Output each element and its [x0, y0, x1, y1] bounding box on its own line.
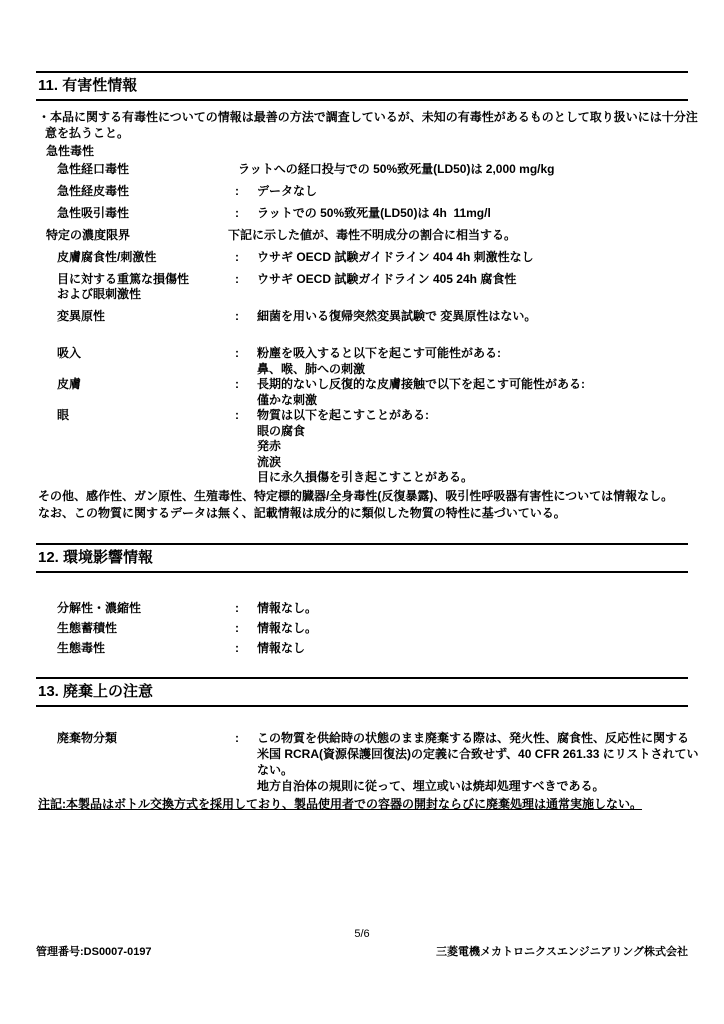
row-value: 情報なし。	[257, 601, 688, 616]
page-number: 5/6	[36, 927, 688, 941]
spacer	[36, 324, 688, 346]
row-value: この物質を供給時の状態のまま廃棄する際は、発火性、腐食性、反応性に関する	[257, 730, 689, 746]
page-footer: 5/6 管理番号:DS0007-0197 三菱電機メカトロニクスエンジニアリング…	[36, 927, 688, 960]
row-label: 急性吸引毒性	[36, 206, 235, 221]
row-value: 僅かな刺激	[257, 393, 688, 409]
row-colon: :	[235, 730, 257, 746]
row-value: 物質は以下を起こすことがある:	[257, 408, 688, 424]
section-12-header: 12. 環境影響情報	[36, 543, 688, 573]
row-waste-disposal-method: 地方自治体の規則に従って、埋立或いは焼却処理すべきである。	[36, 778, 688, 794]
row-ecotoxicity: 生態毒性 : 情報なし	[36, 641, 688, 656]
row-label: 急性経口毒性	[36, 162, 238, 177]
row-colon	[235, 455, 257, 471]
row-value: 地方自治体の規則に従って、埋立或いは焼却処理すべきである。	[257, 778, 688, 794]
row-value: ない。	[257, 762, 688, 778]
row-label	[36, 393, 235, 409]
toxicity-note-1: その他、感作性、ガン原性、生殖毒性、特定標的臓器/全身毒性(反復暴露)、吸引性呼…	[36, 488, 688, 506]
sds-document-page: 11. 有害性情報 ・本品に関する有毒性についての情報は最善の方法で調査している…	[0, 0, 724, 1024]
row-mutagenicity: 変異原性 : 細菌を用いる復帰突然変異試験で 変異原性はない。	[36, 309, 688, 324]
row-colon: :	[235, 272, 257, 287]
row-label: 生態蓄積性	[36, 621, 235, 636]
row-colon	[235, 362, 257, 378]
row-value: 情報なし	[257, 641, 688, 656]
row-value: 目に永久損傷を引き起こすことがある。	[257, 470, 688, 486]
row-eye-effect-cont: 流涙	[36, 455, 688, 471]
row-eye-effect-cont: 眼の腐食	[36, 424, 688, 440]
row-colon	[235, 746, 257, 762]
row-eye-irritation-cont: および眼刺激性	[36, 287, 688, 302]
section-13-title: 13. 廃棄上の注意	[38, 683, 686, 701]
row-label	[36, 746, 235, 762]
row-skin-corrosion: 皮膚腐食性/刺激性 : ウサギ OECD 試験ガイドライン 404 4h 刺激性…	[36, 250, 688, 265]
row-label: 廃棄物分類	[36, 730, 235, 746]
row-eye-effect-cont: 発赤	[36, 439, 688, 455]
row-acute-inhalation: 急性吸引毒性 : ラットでの 50%致死量(LD50)は 4h 11mg/l	[36, 206, 688, 221]
row-label	[36, 424, 235, 440]
row-label: 吸入	[36, 346, 235, 362]
row-label: 特定の濃度限界	[36, 228, 228, 243]
row-label: 皮膚	[36, 377, 235, 393]
row-colon	[235, 287, 257, 302]
row-label	[36, 455, 235, 471]
row-eye-effect: 眼 : 物質は以下を起こすことがある:	[36, 408, 688, 424]
section-13-header: 13. 廃棄上の注意	[36, 677, 688, 707]
row-value: ウサギ OECD 試験ガイドライン 404 4h 刺激性なし	[257, 250, 688, 265]
row-colon: :	[235, 377, 257, 393]
row-waste-classification-cont: 米国 RCRA(資源保護回復法)の定義に合致せず、40 CFR 261.33 に…	[36, 746, 688, 762]
row-colon: :	[235, 346, 257, 362]
toxicity-note-2: なお、この物質に関するデータは無く、記載情報は成分的に類似した物質の特性に基づい…	[36, 505, 688, 523]
row-label	[36, 762, 235, 778]
row-colon	[235, 778, 257, 794]
row-eye-effect-cont: 目に永久損傷を引き起こすことがある。	[36, 470, 688, 486]
row-label: 眼	[36, 408, 235, 424]
row-label: 目に対する重篤な損傷性	[36, 272, 235, 287]
row-colon: :	[235, 641, 257, 656]
toxicity-intro-line2: 意を払うこと。	[36, 125, 688, 141]
acute-toxicity-heading: 急性毒性	[36, 143, 688, 159]
row-colon	[235, 439, 257, 455]
section-11-header: 11. 有害性情報	[36, 71, 688, 101]
row-value: 発赤	[257, 439, 688, 455]
row-inhalation-effect-cont: 鼻、喉、肺への刺激	[36, 362, 688, 378]
row-inhalation-effect: 吸入 : 粉塵を吸入すると以下を起こす可能性がある:	[36, 346, 688, 362]
row-label	[36, 470, 235, 486]
row-value: 眼の腐食	[257, 424, 688, 440]
row-colon: :	[235, 408, 257, 424]
row-value: 情報なし。	[257, 621, 688, 636]
row-colon: :	[235, 309, 257, 324]
row-label	[36, 778, 235, 794]
row-value: 長期的ないし反復的な皮膚接触で以下を起こす可能性がある:	[257, 377, 688, 393]
disposal-note-underlined: 注記:本製品はボトル交換方式を採用しており、製品使用者での容器の開封ならびに廃棄…	[36, 796, 688, 813]
page-content: 11. 有害性情報 ・本品に関する有毒性についての情報は最善の方法で調査している…	[0, 71, 724, 813]
row-value: 米国 RCRA(資源保護回復法)の定義に合致せず、40 CFR 261.33 に…	[257, 746, 699, 762]
row-colon	[235, 424, 257, 440]
row-colon: :	[235, 621, 257, 636]
row-colon	[235, 393, 257, 409]
row-value: 細菌を用いる復帰突然変異試験で 変異原性はない。	[257, 309, 688, 324]
row-label: 変異原性	[36, 309, 235, 324]
row-degradability: 分解性・濃縮性 : 情報なし。	[36, 601, 688, 616]
row-colon: :	[235, 184, 257, 199]
row-label	[36, 362, 235, 378]
row-bioaccumulation: 生態蓄積性 : 情報なし。	[36, 621, 688, 636]
row-colon: :	[235, 250, 257, 265]
row-waste-classification-cont: ない。	[36, 762, 688, 778]
footer-row: 管理番号:DS0007-0197 三菱電機メカトロニクスエンジニアリング株式会社	[36, 944, 688, 960]
row-colon	[235, 762, 257, 778]
row-concentration-limit: 特定の濃度限界 下記に示した値が、毒性不明成分の割合に相当する。	[36, 228, 688, 243]
row-value: ラットへの経口投与での 50%致死量(LD50)は 2,000 mg/kg	[238, 162, 688, 177]
row-value	[257, 287, 688, 302]
company-name: 三菱電機メカトロニクスエンジニアリング株式会社	[436, 944, 688, 960]
row-colon: :	[235, 601, 257, 616]
document-number: 管理番号:DS0007-0197	[36, 944, 152, 960]
row-acute-oral: 急性経口毒性 ラットへの経口投与での 50%致死量(LD50)は 2,000 m…	[36, 162, 688, 177]
toxicity-intro-line1: ・本品に関する有毒性についての情報は最善の方法で調査しているが、未知の有毒性があ…	[36, 109, 688, 125]
row-label: 分解性・濃縮性	[36, 601, 235, 616]
row-value: 鼻、喉、肺への刺激	[257, 362, 688, 378]
section-11-title: 11. 有害性情報	[38, 77, 686, 95]
row-value: 下記に示した値が、毒性不明成分の割合に相当する。	[228, 228, 688, 243]
row-label: 皮膚腐食性/刺激性	[36, 250, 235, 265]
row-label: および眼刺激性	[36, 287, 235, 302]
row-value: ラットでの 50%致死量(LD50)は 4h 11mg/l	[257, 206, 688, 221]
row-colon	[235, 470, 257, 486]
row-value: 流涙	[257, 455, 688, 471]
row-eye-damage: 目に対する重篤な損傷性 : ウサギ OECD 試験ガイドライン 405 24h …	[36, 272, 688, 287]
row-colon: :	[235, 206, 257, 221]
row-label: 生態毒性	[36, 641, 235, 656]
row-value: データなし	[257, 184, 688, 199]
row-value: 粉塵を吸入すると以下を起こす可能性がある:	[257, 346, 688, 362]
row-skin-effect-cont: 僅かな刺激	[36, 393, 688, 409]
row-label	[36, 439, 235, 455]
row-value: ウサギ OECD 試験ガイドライン 405 24h 腐食性	[257, 272, 688, 287]
row-label: 急性経皮毒性	[36, 184, 235, 199]
row-skin-effect: 皮膚 : 長期的ないし反復的な皮膚接触で以下を起こす可能性がある:	[36, 377, 688, 393]
row-waste-classification: 廃棄物分類 : この物質を供給時の状態のまま廃棄する際は、発火性、腐食性、反応性…	[36, 730, 688, 746]
section-12-title: 12. 環境影響情報	[38, 549, 686, 567]
row-acute-dermal: 急性経皮毒性 : データなし	[36, 184, 688, 199]
